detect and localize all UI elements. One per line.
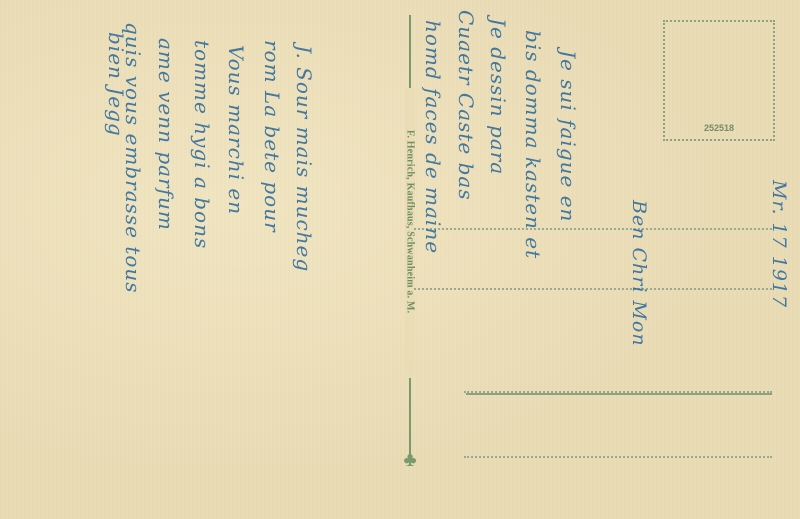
address-line-4 [464,456,772,458]
handwriting-line: quis vous embrasse tous [121,22,145,294]
handwriting-line: tomme hygi a bons [190,40,214,249]
clover-ornament-icon: ♣ [398,445,422,475]
address-line-1 [414,228,772,230]
handwriting-line: Vous marchi en [224,45,248,215]
address-line-2 [414,288,772,290]
stamp-box: 252518 [663,20,775,141]
printer-imprint-text: F. Henrich, Kaufhaus, Schwanheim a. M. [405,130,416,313]
address-handwriting: Ben Chri Mon [628,200,650,347]
handwriting-line: J. Sour mais mucheg [292,45,316,272]
handwriting-line: bis domma kasten et [521,30,545,259]
handwriting-line: Je sui faigue en [556,50,580,222]
handwriting-line: homd faces de maine [421,20,445,254]
date-handwriting: Mr. 17 1917 [768,180,790,308]
handwriting-line: Je dessin para [486,18,510,175]
handwriting-line: rom La bete pour [260,40,284,233]
postcard-back: F. Henrich, Kaufhaus, Schwanheim a. M. ♣… [0,0,800,519]
handwriting-line: ame venn parfum [154,38,178,231]
address-solid-line [466,393,772,395]
stamp-box-number: 252518 [665,123,773,133]
handwriting-line: Cuaetr Caste bas [454,10,478,201]
